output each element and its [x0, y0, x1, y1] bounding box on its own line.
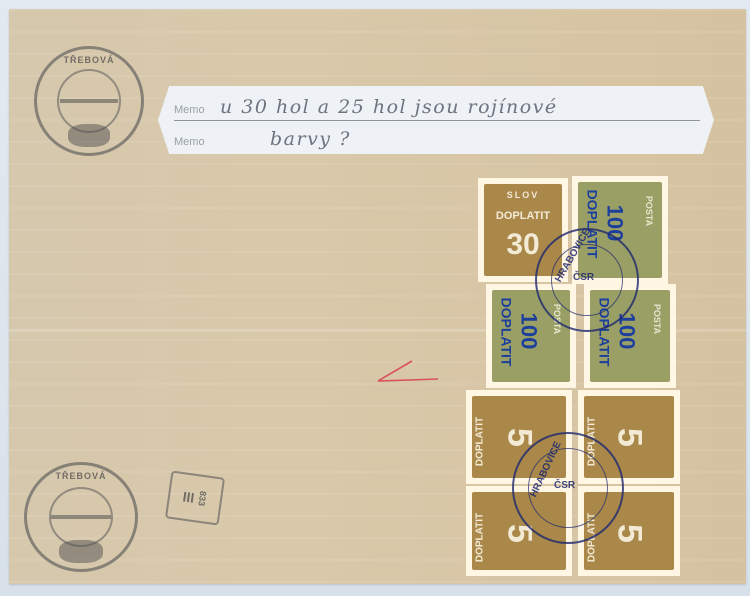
memo-strip: Memo u 30 hol a 25 hol jsou rojínové Mem… — [158, 86, 714, 154]
stamp-label: DOPLATIT — [475, 498, 486, 578]
box-mark-number: 833 — [196, 491, 208, 507]
overprint-value: 100 — [515, 313, 541, 350]
cancellation-lower: HRABOVICE ČSR — [512, 432, 624, 544]
postmark-top-left: TŘEBOVÁ — [34, 46, 144, 156]
cancel-country: ČSR — [554, 480, 575, 491]
memo-row: Memo barvy ? — [174, 122, 700, 152]
stamp-top-text: SLOV — [478, 190, 568, 200]
cancel-country: ČSR — [573, 272, 594, 283]
postmark-bottom-left: TŘEBOVÁ — [24, 462, 138, 572]
stamp-label: DOPLATIT — [475, 402, 486, 482]
postmark-text: TŘEBOVÁ — [37, 55, 141, 65]
stamp-label: DOPLATIT — [478, 210, 568, 222]
memo-handwriting: u 30 hol a 25 hol jsou rojínové — [220, 96, 558, 120]
memo-label: Memo — [174, 104, 220, 120]
memo-label: Memo — [174, 136, 220, 152]
memo-handwriting: barvy ? — [270, 128, 351, 152]
box-mark-roman: III — [182, 488, 196, 505]
cancellation-upper: HRABOVICE ČSR — [535, 228, 639, 332]
memo-row: Memo u 30 hol a 25 hol jsou rojínové — [174, 90, 700, 121]
stamp-side-text: POSTA — [652, 304, 662, 334]
overprint-label: DOPLATIT — [498, 298, 514, 367]
registration-box-mark: III 833 — [165, 470, 225, 525]
postmark-text: TŘEBOVÁ — [27, 471, 135, 481]
red-arrow-mark — [372, 355, 442, 385]
stamp-side-text: POSTA — [644, 196, 654, 226]
